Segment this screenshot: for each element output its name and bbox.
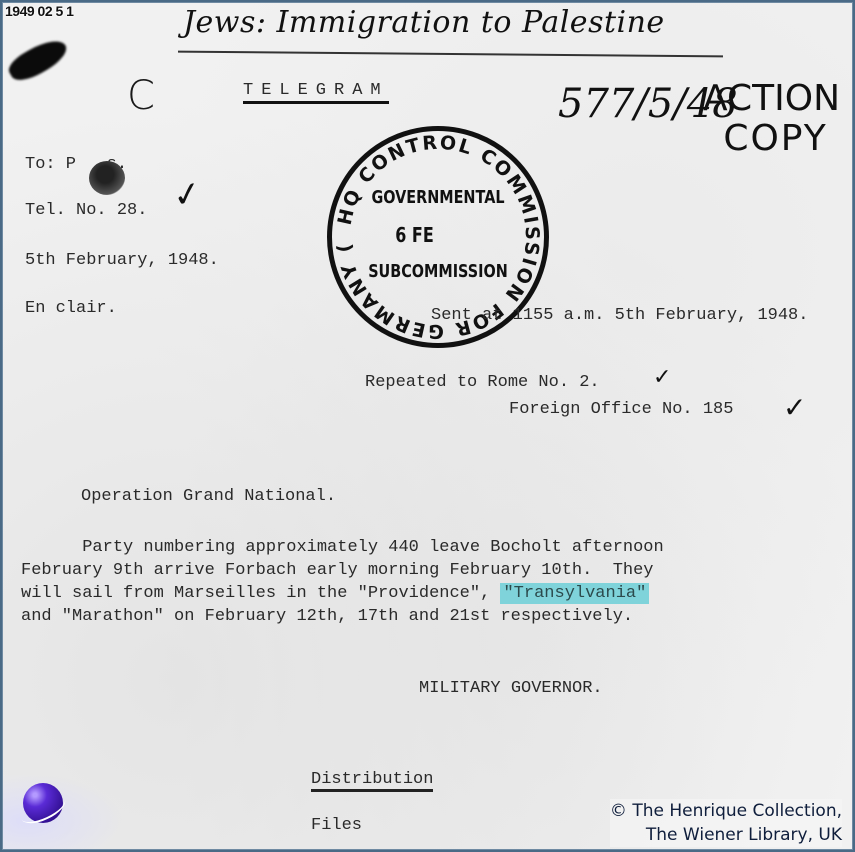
- credit-line-1: © The Henrique Collection,: [610, 799, 842, 823]
- distribution-label: Distribution: [311, 770, 433, 792]
- stamp-line-governmental: GOVERNMENTAL: [353, 187, 523, 208]
- body-line-3: will sail from Marseilles in the "Provid…: [21, 584, 649, 603]
- action-label: ACTION: [703, 79, 840, 119]
- repeated-line: Repeated to Rome No. 2.: [365, 373, 600, 392]
- body-line-3-text: will sail from Marseilles in the "Provid…: [21, 584, 500, 603]
- body-line-1: Party numbering approximately 440 leave …: [21, 538, 664, 557]
- checkmark-icon: ✓: [783, 391, 806, 424]
- copy-label: COPY: [711, 119, 840, 159]
- document-frame: Jews: Immigration to Palestine C TELEGRA…: [2, 2, 853, 850]
- signature: MILITARY GOVERNOR.: [419, 679, 603, 698]
- margin-mark: C: [127, 73, 155, 119]
- redaction-blot: [89, 161, 125, 195]
- stamp-line-subcommission: SUBCOMMISSION: [353, 261, 523, 282]
- distribution-item: Files: [311, 816, 362, 835]
- foreign-office-line: Foreign Office No. 185: [509, 400, 733, 419]
- telegram-heading: TELEGRAM: [243, 81, 389, 104]
- copyright-credit: © The Henrique Collection, The Wiener Li…: [610, 799, 842, 847]
- document-id: 1949 02 5 1: [5, 3, 73, 19]
- credit-line-2: The Wiener Library, UK: [610, 823, 842, 847]
- action-copy-stamp: ACTION COPY: [711, 79, 840, 159]
- tel-no-line: Tel. No. 28.: [25, 201, 147, 220]
- handwritten-title: Jews: Immigration to Palestine: [183, 5, 665, 40]
- stamp-date: 6 FE: [395, 223, 565, 247]
- subject-line: Operation Grand National.: [81, 487, 336, 506]
- body-line-4: and "Marathon" on February 12th, 17th an…: [21, 607, 633, 626]
- date-line: 5th February, 1948.: [25, 251, 219, 270]
- sent-line: Sent at 1155 a.m. 5th February, 1948.: [431, 306, 808, 325]
- highlighted-term: "Transylvania": [500, 583, 649, 604]
- en-clair-line: En clair.: [25, 299, 117, 318]
- checkmark-icon: ✓: [653, 365, 671, 390]
- body-line-2: February 9th arrive Forbach early mornin…: [21, 561, 654, 580]
